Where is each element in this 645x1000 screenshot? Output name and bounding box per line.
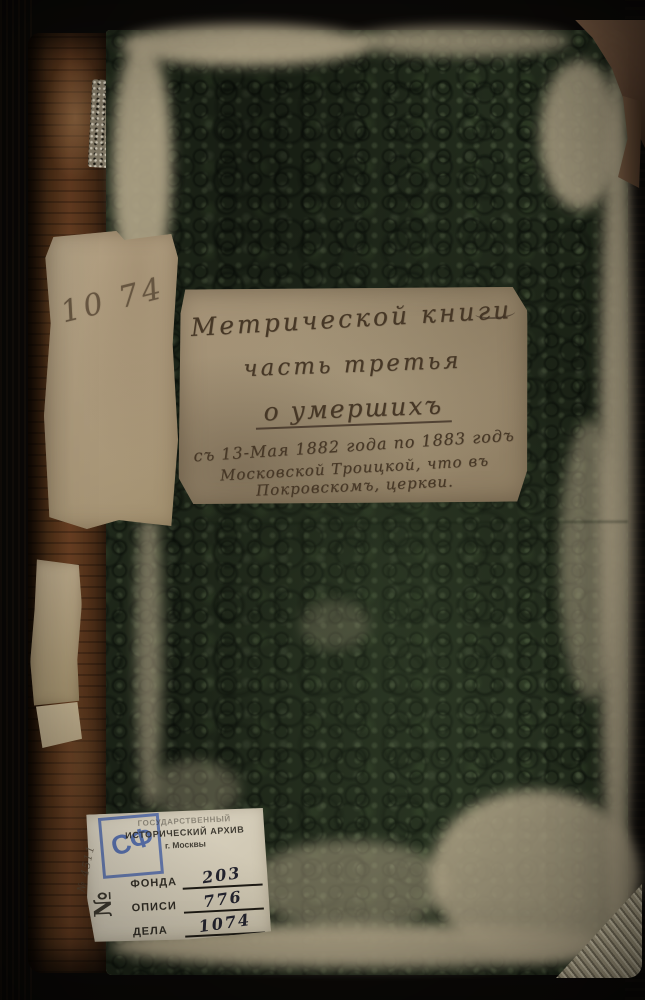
title-line-2: часть третья: [176, 345, 529, 384]
opis-value: 776: [203, 890, 244, 909]
worn-patch: [350, 26, 570, 56]
delo-value: 1074: [198, 913, 252, 934]
stamp-rows: ФОНДА 203 ОПИСИ 776 ДЕЛА 1074: [130, 862, 266, 941]
number-sign-glyph: №: [87, 891, 117, 919]
fond-label: ФОНДА: [130, 876, 183, 893]
worn-patch: [250, 840, 450, 930]
title-label: Метрической книги часть третья о умерших…: [175, 282, 532, 508]
photo-backdrop: 10 74 Метрической книги часть третья о у…: [0, 0, 645, 1000]
worn-patch: [300, 600, 370, 650]
inventory-number-handwritten: 10 74: [57, 271, 168, 331]
worn-crease-vertical: [136, 480, 162, 810]
side-paper-label: 10 74: [44, 231, 178, 529]
spine-paper-label: [29, 559, 83, 706]
title-line-1: Метрической книги: [175, 294, 528, 343]
fond-value: 203: [202, 866, 243, 885]
worn-patch: [560, 420, 620, 700]
title-line-3: о умершихъ: [177, 387, 530, 429]
opis-label: ОПИСИ: [131, 900, 184, 917]
archive-stamp-label: СФ ГОСУДАРСТВЕННЫЙ ИСТОРИЧЕСКИЙ АРХИВ г.…: [83, 805, 272, 944]
delo-label: ДЕЛА: [133, 924, 186, 941]
